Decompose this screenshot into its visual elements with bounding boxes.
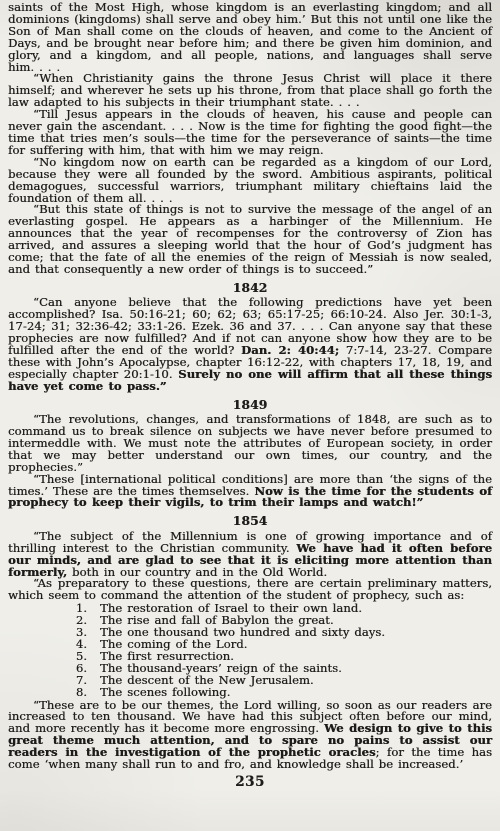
text-run: “The revolutions, changes, and transform…: [8, 412, 492, 474]
text-run: “Till Jesus appears in the clouds of hea…: [8, 107, 492, 157]
text-run: “No kingdom now on earth can be regarded…: [8, 155, 492, 205]
document-page: saints of the Most High, whose kingdom i…: [0, 0, 500, 831]
year-heading: 1854: [8, 515, 492, 528]
paragraph: “But this state of things is not to surv…: [8, 204, 492, 275]
paragraph: “When Christianity gains the throne Jesu…: [8, 73, 492, 109]
text-run: “When Christianity gains the throne Jesu…: [8, 71, 492, 109]
paragraph: “The revolutions, changes, and transform…: [8, 414, 492, 474]
year-heading: 1842: [8, 282, 492, 295]
paragraph: “The subject of the Millennium is one of…: [8, 531, 492, 579]
paragraph: “These [international political conditio…: [8, 474, 492, 510]
text-run: saints of the Most High, whose kingdom i…: [8, 0, 492, 74]
paragraph: “These are to be our themes, the Lord wi…: [8, 700, 492, 771]
paragraph: saints of the Most High, whose kingdom i…: [8, 2, 492, 73]
paragraph: “Can anyone believe that the following p…: [8, 297, 492, 392]
numbered-list: 1.The restoration of Israel to their own…: [70, 603, 492, 698]
page-number: 235: [8, 775, 492, 789]
text-run: “As preparatory to these questions, ther…: [8, 576, 492, 602]
paragraph: “As preparatory to these questions, ther…: [8, 578, 492, 602]
paragraph: “No kingdom now on earth can be regarded…: [8, 157, 492, 205]
paragraph: “Till Jesus appears in the clouds of hea…: [8, 109, 492, 157]
page-body: saints of the Most High, whose kingdom i…: [8, 2, 492, 771]
year-heading: 1849: [8, 399, 492, 412]
text-run: “But this state of things is not to surv…: [8, 202, 492, 276]
